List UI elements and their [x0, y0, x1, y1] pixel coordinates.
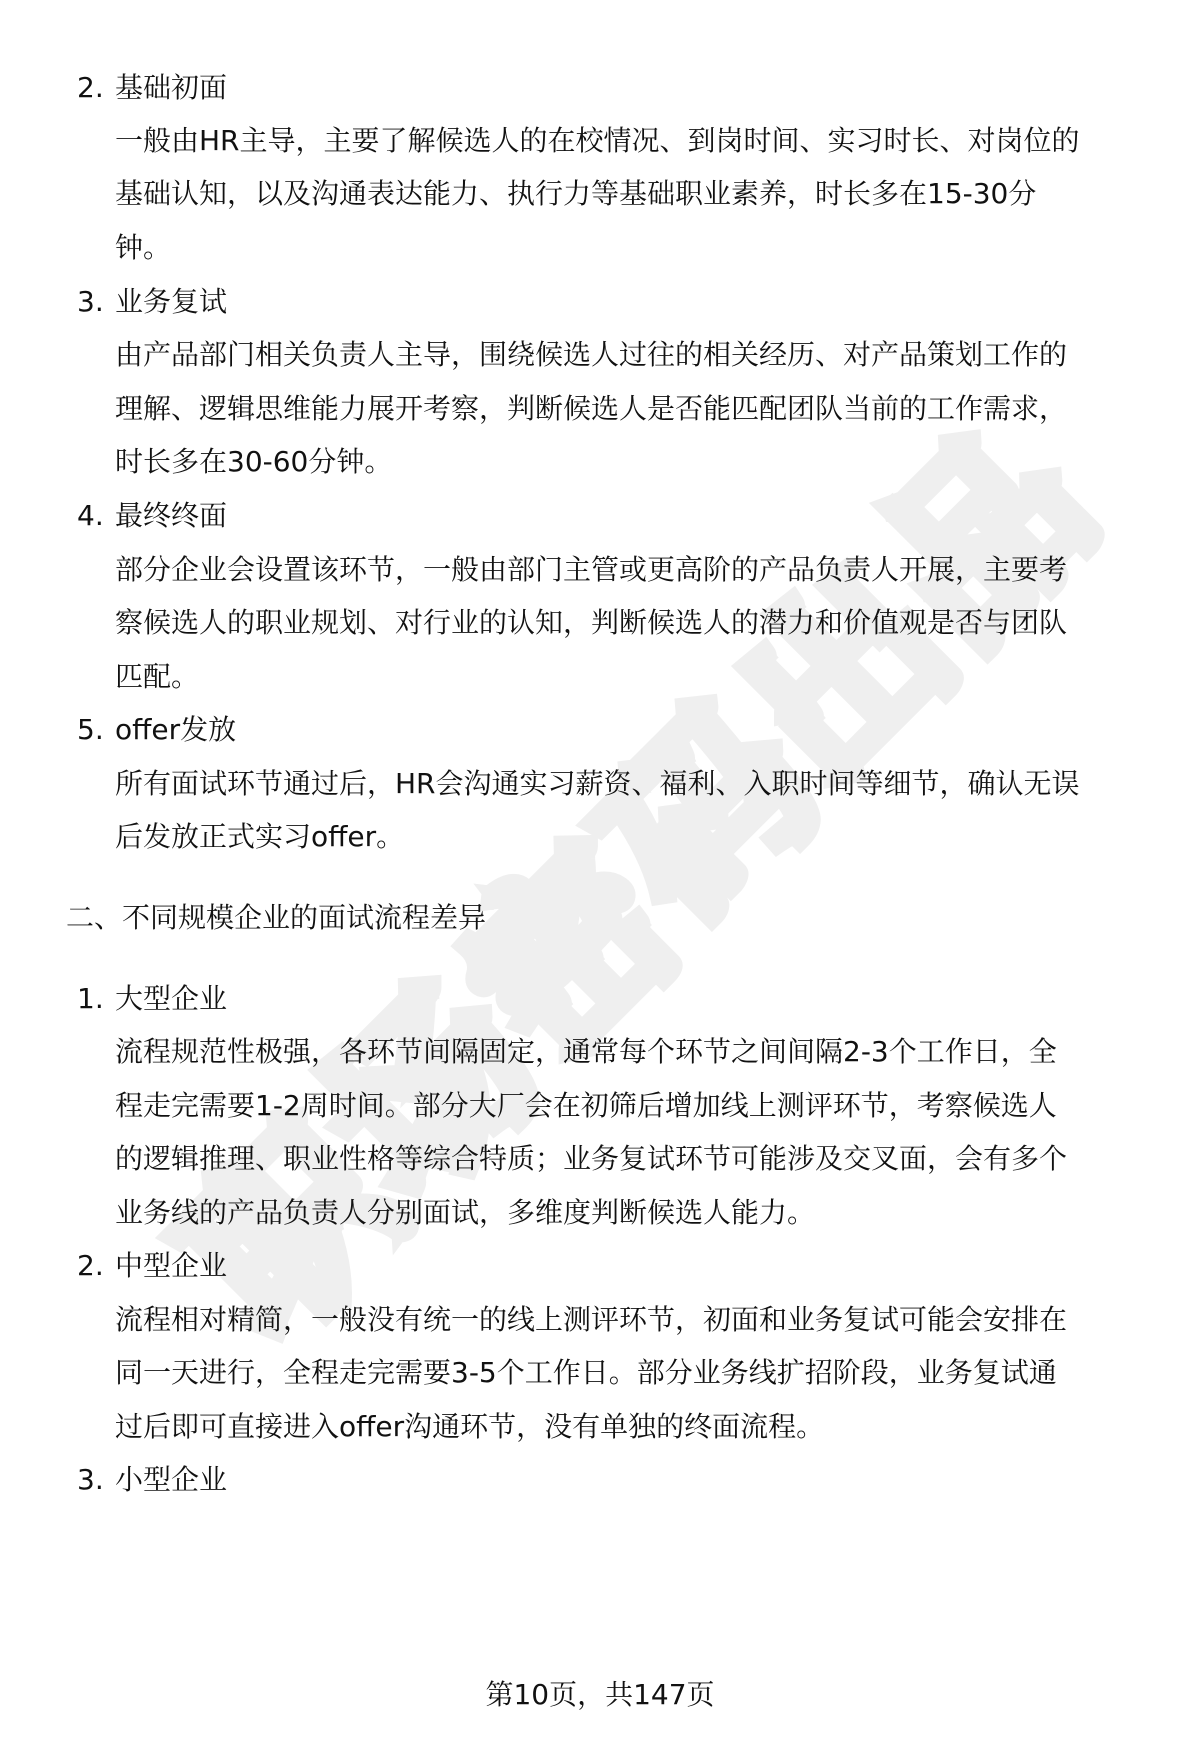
paragraph-line: 所有面试环节通过后，HR会沟通实习薪资、福利、入职时间等细节，确认无误	[115, 764, 1080, 804]
paragraph-line: 过后即可直接进入offer沟通环节，没有单独的终面流程。	[115, 1407, 824, 1447]
list-item-title: 大型企业	[115, 979, 227, 1019]
paragraph-line: 程走完需要1-2周时间。部分大厂会在初筛后增加线上测评环节，考察候选人	[115, 1086, 1057, 1126]
list-item-title: 基础初面	[115, 68, 227, 108]
list-number: 1.	[77, 979, 104, 1019]
section-heading: 二、不同规模企业的面试流程差异	[66, 898, 486, 938]
paragraph-line: 部分企业会设置该环节，一般由部门主管或更高阶的产品负责人开展，主要考	[115, 550, 1067, 590]
paragraph-line: 流程相对精简，一般没有统一的线上测评环节，初面和业务复试可能会安排在	[115, 1300, 1067, 1340]
list-item-title: 业务复试	[115, 282, 227, 322]
paragraph-line: 业务线的产品负责人分别面试，多维度判断候选人能力。	[115, 1193, 815, 1233]
list-item-title: 小型企业	[115, 1460, 227, 1500]
paragraph-line: 钟。	[115, 228, 171, 268]
list-number: 3.	[77, 282, 104, 322]
list-item-title: offer发放	[115, 710, 236, 750]
paragraph-line: 后发放正式实习offer。	[115, 817, 404, 857]
page-number: 第10页，共147页	[0, 1675, 1200, 1715]
paragraph-line: 时长多在30-60分钟。	[115, 442, 392, 482]
paragraph-line: 同一天进行，全程走完需要3-5个工作日。部分业务线扩招阶段，业务复试通	[115, 1353, 1057, 1393]
paragraph-line: 流程规范性极强，各环节间隔固定，通常每个环节之间间隔2-3个工作日，全	[115, 1032, 1057, 1072]
paragraph-line: 察候选人的职业规划、对行业的认知，判断候选人的潜力和价值观是否与团队	[115, 603, 1067, 643]
list-number: 4.	[77, 496, 104, 536]
paragraph-line: 一般由HR主导，主要了解候选人的在校情况、到岗时间、实习时长、对岗位的	[115, 121, 1080, 161]
paragraph-line: 基础认知，以及沟通表达能力、执行力等基础职业素养，时长多在15-30分	[115, 174, 1036, 214]
list-number: 5.	[77, 710, 104, 750]
list-item-title: 中型企业	[115, 1246, 227, 1286]
paragraph-line: 由产品部门相关负责人主导，围绕候选人过往的相关经历、对产品策划工作的	[115, 335, 1067, 375]
list-number: 3.	[77, 1460, 104, 1500]
list-number: 2.	[77, 1246, 104, 1286]
paragraph-line: 匹配。	[115, 657, 199, 697]
paragraph-line: 理解、逻辑思维能力展开考察，判断候选人是否能匹配团队当前的工作需求，	[115, 389, 1067, 429]
list-item-title: 最终终面	[115, 496, 227, 536]
paragraph-line: 的逻辑推理、职业性格等综合特质；业务复试环节可能涉及交叉面，会有多个	[115, 1139, 1067, 1179]
list-number: 2.	[77, 68, 104, 108]
document-page: 2. 基础初面 一般由HR主导，主要了解候选人的在校情况、到岗时间、实习时长、对…	[0, 0, 1200, 1755]
